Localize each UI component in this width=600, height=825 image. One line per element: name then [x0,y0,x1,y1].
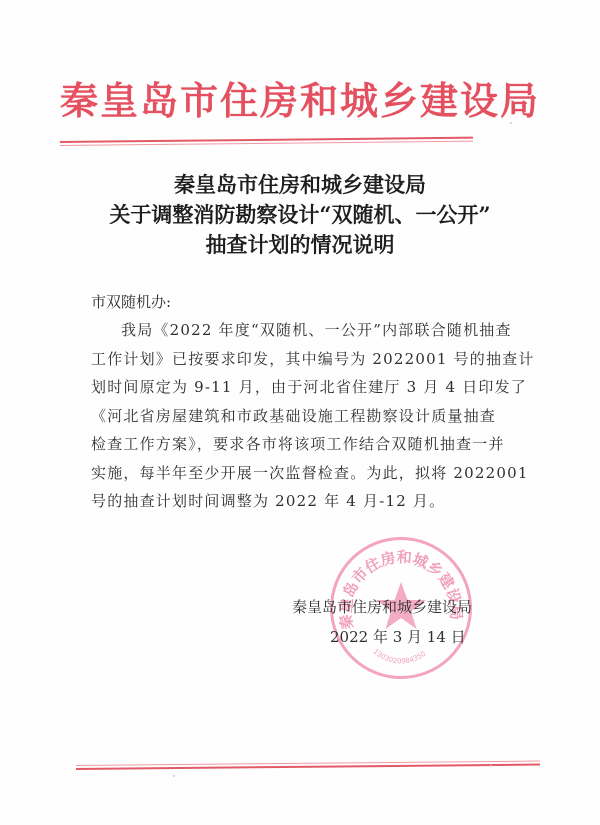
scan-artifact [510,122,512,124]
letterhead-divider [60,137,473,141]
title-line-2: 关于调整消防勘察设计“双随机、一公开” [0,200,600,230]
body-line: 我局《2022 年度“双随机、一公开”内部联合随机抽查 [91,316,521,345]
footer-divider [76,761,540,765]
signature-block: 秦皇岛市住房和城乡建设局 2022 年 3 月 14 日 [292,592,472,652]
document-title: 秦皇岛市住房和城乡建设局 关于调整消防勘察设计“双随机、一公开” 抽查计划的情况… [0,170,600,260]
body-line: 《河北省房屋建筑和市政基础设施工程勘察设计质量抽查 [91,402,521,431]
title-line-3: 抽查计划的情况说明 [0,230,600,260]
body-line: 实施，每半年至少开展一次监督检查。为此，拟将 2022001 [91,459,521,488]
document-body: 市双随机办: 我局《2022 年度“双随机、一公开”内部联合随机抽查 工作计划》… [91,288,521,516]
letterhead-title: 秦皇岛市住房和城乡建设局 [0,78,600,124]
body-line: 划时间原定为 9-11 月，由于河北省住建厅 3 月 4 日印发了 [91,373,521,402]
scan-artifact [173,775,175,777]
body-line: 检查工作方案》，要求各市将该项工作结合双随机抽查一并 [91,430,521,459]
scan-artifact [490,765,492,767]
body-line: 号的抽查计划时间调整为 2022 年 4 月-12 月。 [91,487,521,516]
document-page: 秦皇岛市住房和城乡建设局 秦皇岛市住房和城乡建设局 关于调整消防勘察设计“双随机… [0,0,600,825]
body-line: 工作计划》已按要求印发，其中编号为 2022001 号的抽查计 [91,345,521,374]
signature-organization: 秦皇岛市住房和城乡建设局 [292,592,472,622]
title-line-1: 秦皇岛市住房和城乡建设局 [0,170,600,200]
signature-date: 2022 年 3 月 14 日 [292,622,472,652]
salutation: 市双随机办: [91,288,521,316]
